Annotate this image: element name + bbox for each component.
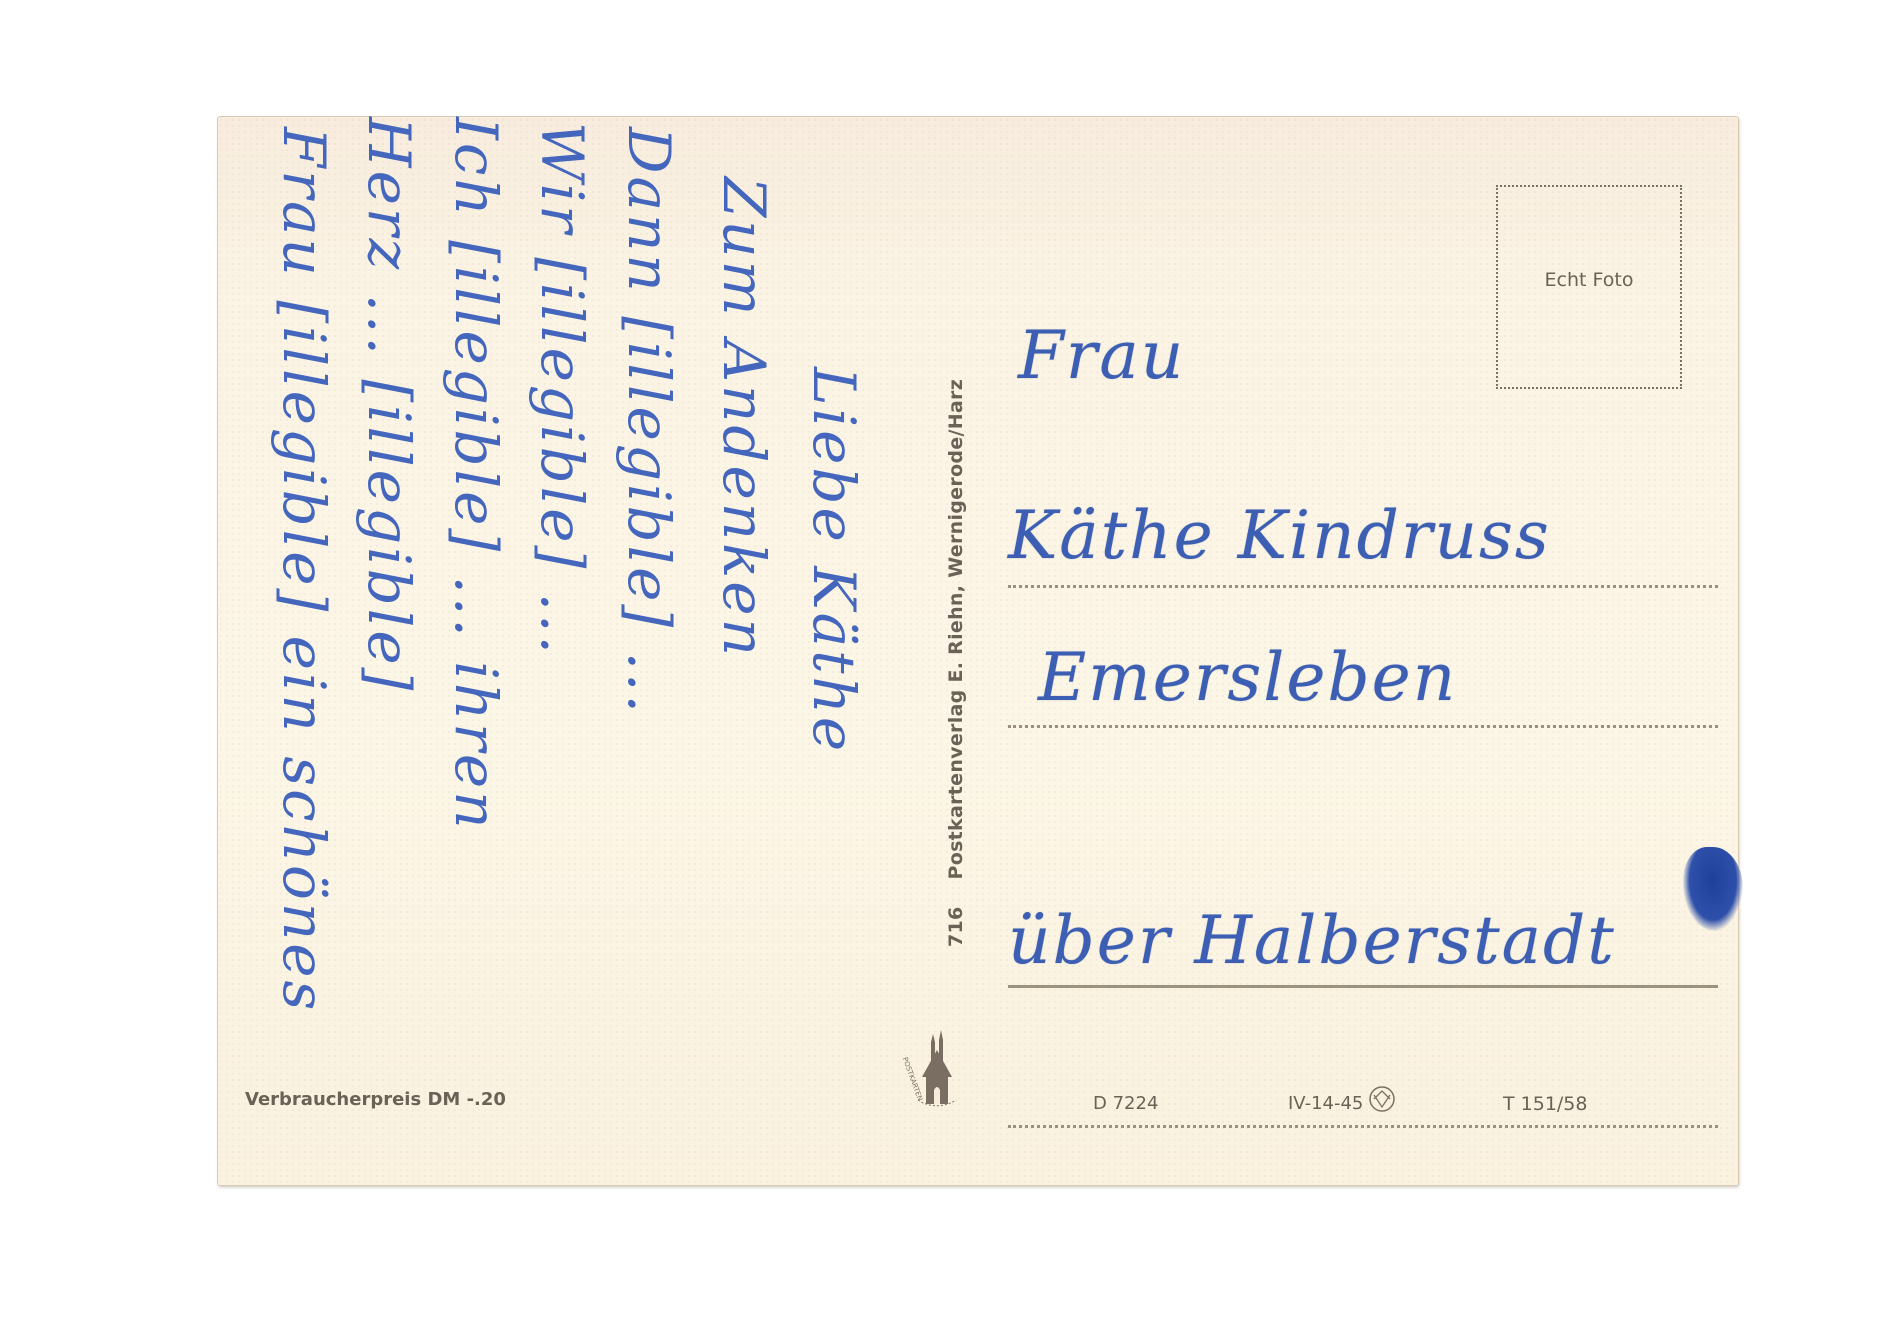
message-line: Herz ... [illegible] — [355, 117, 423, 693]
message-line: Zum Andenken — [710, 177, 778, 659]
signature: Liebe Käthe — [800, 367, 868, 754]
code-t: T 151/58 — [1503, 1093, 1588, 1115]
quality-seal-icon — [1368, 1085, 1396, 1113]
postcard: Frau [illegible] ein schönes Herz ... [i… — [218, 117, 1738, 1185]
publisher-line: 716 Postkartenverlag E. Riehn, Wernigero… — [945, 379, 967, 947]
stamp-label: Echt Foto — [1498, 269, 1680, 291]
message-line: Dann [illegible] ... — [615, 127, 683, 716]
address-line-2 — [1008, 725, 1718, 728]
message-line: Ich [illegible] ... ihren — [442, 117, 510, 832]
publisher-name: Postkartenverlag E. Riehn, Wernigerode/H… — [945, 379, 967, 880]
address-line-4 — [1008, 1125, 1718, 1128]
message-line: Frau [illegible] ein schönes — [270, 127, 338, 1013]
address-line-1 — [1008, 585, 1718, 588]
code-d: D 7224 — [1093, 1093, 1158, 1114]
message-line: Wir [illegible] ... — [528, 122, 596, 657]
address-line-3 — [1008, 985, 1718, 988]
price-label: Verbraucherpreis DM -.20 — [245, 1089, 506, 1110]
svg-text:POSTKARTEN: POSTKARTEN — [901, 1056, 924, 1102]
address-salutation: Frau — [1018, 317, 1185, 394]
publisher-logo-icon: POSTKARTEN — [898, 1022, 976, 1140]
address-place: Emersleben — [1038, 639, 1457, 716]
code-iv: IV-14-45 — [1288, 1093, 1363, 1114]
address-via: über Halberstadt — [1008, 902, 1616, 979]
stamp-box: Echt Foto — [1496, 185, 1682, 389]
ink-blot — [1683, 847, 1743, 931]
address-name: Käthe Kindruss — [1008, 497, 1551, 574]
publisher-number: 716 — [945, 906, 967, 947]
